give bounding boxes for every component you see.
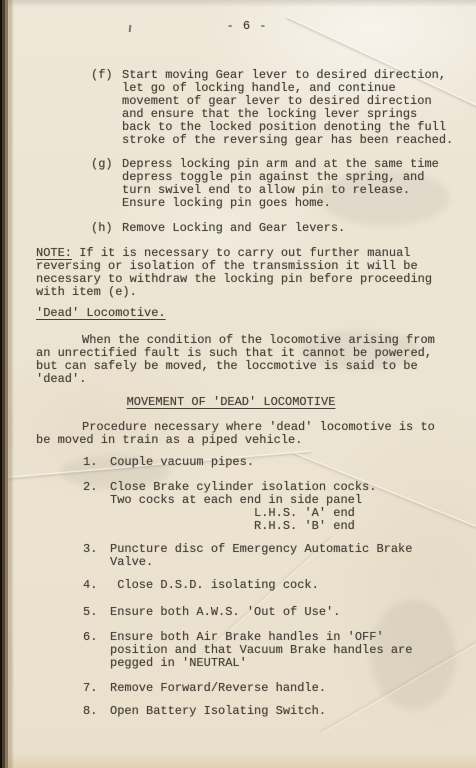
step-6-text: Ensure both Air Brake handles in 'OFF' p…: [110, 631, 458, 670]
page-number: - 6 -: [36, 20, 458, 33]
step-7-text: Remove Forward/Reverse handle.: [110, 682, 458, 695]
step-2-number: 2.: [83, 481, 110, 533]
numbered-step-6: 6. Ensure both Air Brake handles in 'OFF…: [83, 631, 458, 670]
step-1-text: Couple vacuum pipes.: [110, 456, 458, 469]
item-h-label: (h): [91, 222, 122, 235]
heading-movement: MOVEMENT OF 'DEAD' LOCOMOTIVE: [127, 395, 336, 409]
step-3-number: 3.: [83, 543, 110, 569]
paragraph-movement-intro: Procedure necessary where 'dead' locomot…: [36, 421, 458, 447]
item-f-text: Start moving Gear lever to desired direc…: [122, 69, 453, 147]
numbered-step-7: 7. Remove Forward/Reverse handle.: [83, 682, 458, 695]
lettered-item-f: (f) Start moving Gear lever to desired d…: [91, 69, 458, 147]
step-3-text: Puncture disc of Emergency Automatic Bra…: [110, 543, 458, 569]
item-h-text: Remove Locking and Gear levers.: [122, 222, 345, 235]
step-6-number: 6.: [83, 631, 110, 670]
step-2-text: Close Brake cylinder isolation cocks. Tw…: [110, 481, 458, 533]
step-4-number: 4.: [83, 579, 110, 592]
paragraph-dead-definition: When the condition of the locomotive ari…: [36, 334, 458, 386]
step-5-number: 5.: [83, 606, 110, 619]
lettered-item-g: (g) Depress locking pin arm and at the s…: [91, 158, 458, 210]
lettered-item-h: (h) Remove Locking and Gear levers.: [91, 222, 458, 235]
scanned-page: - 6 - (f) Start moving Gear lever to des…: [0, 0, 476, 768]
item-g-text: Depress locking pin arm and at the same …: [122, 158, 439, 210]
numbered-step-3: 3. Puncture disc of Emergency Automatic …: [83, 543, 458, 569]
note-text: If it is necessary to carry out further …: [36, 246, 432, 299]
numbered-step-5: 5. Ensure both A.W.S. 'Out of Use'.: [83, 606, 458, 619]
binding-edge: [0, 0, 14, 768]
step-1-number: 1.: [83, 456, 110, 469]
numbered-step-2: 2. Close Brake cylinder isolation cocks.…: [83, 481, 458, 533]
document-content: - 6 - (f) Start moving Gear lever to des…: [0, 0, 476, 768]
heading-dead-locomotive: 'Dead' Locomotive.: [36, 307, 458, 320]
item-g-label: (g): [91, 158, 122, 210]
step-8-number: 8.: [83, 705, 110, 718]
heading-movement-wrap: MOVEMENT OF 'DEAD' LOCOMOTIVE: [20, 396, 442, 409]
note-paragraph: NOTE: If it is necessary to carry out fu…: [36, 247, 458, 299]
step-5-text: Ensure both A.W.S. 'Out of Use'.: [110, 606, 458, 619]
step-7-number: 7.: [83, 682, 110, 695]
item-f-label: (f): [91, 69, 122, 147]
numbered-step-4: 4. Close D.S.D. isolating cock.: [83, 579, 458, 592]
step-8-text: Open Battery Isolating Switch.: [110, 705, 458, 718]
note-label: NOTE:: [36, 246, 72, 260]
numbered-step-1: 1. Couple vacuum pipes.: [83, 456, 458, 469]
numbered-step-8: 8. Open Battery Isolating Switch.: [83, 705, 458, 718]
step-4-text: Close D.S.D. isolating cock.: [110, 579, 458, 592]
